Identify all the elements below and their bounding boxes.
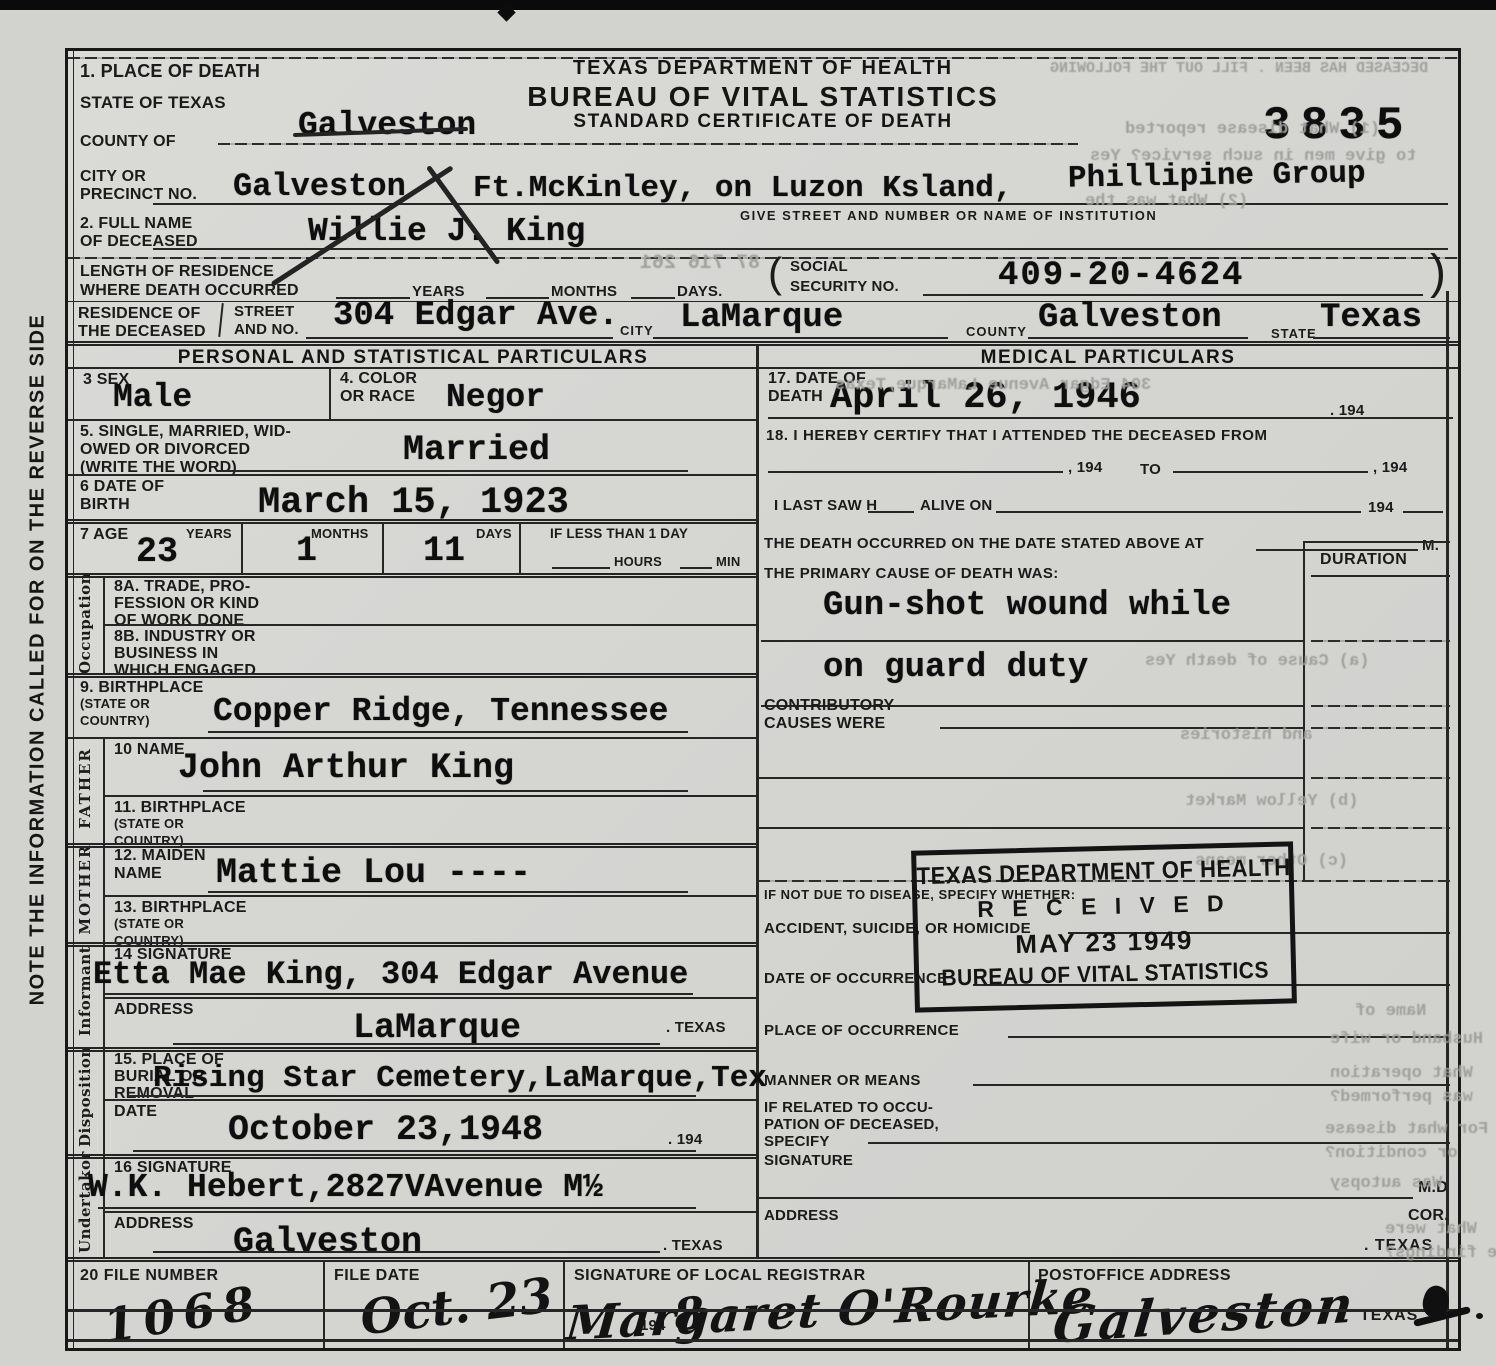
ink-dot [1476, 1313, 1483, 1319]
dob-value: March 15, 1923 [258, 485, 569, 522]
cause-of-death-line2: on guard duty [823, 651, 1088, 685]
birthplace-value: Copper Ridge, Tennessee [213, 695, 668, 728]
informant-side-label: Informant [76, 941, 94, 1041]
place-occurrence-label: PLACE OF OCCURRENCE [764, 1022, 959, 1039]
reverse-side-note: NOTE THE INFORMATION CALLED FOR ON THE R… [27, 210, 50, 1110]
cell-divider [382, 523, 384, 573]
length-residence-label: WHERE DEATH OCCURRED [80, 282, 299, 300]
blank-line [996, 511, 1361, 513]
section-title-line [758, 367, 1458, 369]
ssn-label: SECURITY NO. [790, 278, 899, 295]
street-label: STREET [234, 303, 294, 320]
county-label: COUNTY OF [80, 133, 176, 151]
coroner-label: COR. [1408, 1207, 1449, 1225]
age-months-value: 1 [296, 534, 317, 569]
year-stub: , 194 [1068, 459, 1102, 476]
row-divider [68, 673, 758, 678]
informant-signature-value: Etta Mae King, 304 Edgar Avenue [93, 959, 688, 991]
scan-top-edge [0, 0, 1496, 10]
full-name-line [153, 248, 1448, 250]
trade-label: FESSION OR KIND [114, 595, 259, 613]
duration-label: DURATION [1320, 551, 1407, 569]
dob-label: 6 DATE OF [80, 478, 164, 496]
duration-column-line [1303, 541, 1305, 881]
maiden-line [208, 891, 688, 893]
personal-section-title: PERSONAL AND STATISTICAL PARTICULARS [68, 347, 758, 369]
color-race-label: 4. COLOR [340, 370, 417, 388]
row-divider [103, 624, 758, 626]
duration-cell-line [1311, 727, 1450, 729]
dob-label: BIRTH [80, 496, 130, 514]
trade-label: 8A. TRADE, PRO- [114, 578, 250, 596]
certificate-number: 3835 [1263, 103, 1413, 149]
county-line [1028, 337, 1248, 339]
row-divider [103, 1099, 758, 1101]
blank-line [973, 1084, 1450, 1086]
undertaker-address-label: ADDRESS [114, 1215, 194, 1233]
manner-means-label: MANNER OR MEANS [764, 1072, 921, 1089]
header-bottom-divider [68, 341, 1458, 346]
brace-mark [218, 303, 224, 337]
age-days-value: 11 [423, 534, 465, 569]
undertaker-address-value: Galveston [233, 1225, 422, 1260]
death-date-line [768, 417, 1453, 419]
min-line [680, 567, 712, 569]
burial-line [128, 1095, 696, 1097]
place-of-death-label: 1. PLACE OF DEATH [80, 61, 260, 82]
min-label: MIN [716, 555, 740, 570]
color-race-value: Negor [446, 381, 545, 414]
less-than-day-label: IF LESS THAN 1 DAY [550, 526, 688, 542]
row-divider [103, 997, 758, 999]
ssn-label: SOCIAL [790, 258, 848, 275]
signature-baseline [68, 1309, 1458, 1312]
undertaker-signature-value: W.K. Hebert,2827VAvenue M½ [88, 1171, 603, 1204]
ssn-value: 409-20-4624 [998, 259, 1244, 293]
date-of-death-value: April 26, 1946 [830, 380, 1141, 417]
father-name-line [203, 790, 688, 792]
days-label: DAYS. [677, 283, 722, 300]
paren-open: ( [768, 249, 782, 297]
certificate-title: STANDARD CERTIFICATE OF DEATH [418, 111, 1108, 133]
birthplace-label: (STATE OR [80, 697, 150, 712]
cell-divider [241, 523, 243, 573]
duration-cell-line [1311, 827, 1450, 829]
contributory-label: CONTRIBUTORY [764, 697, 894, 715]
residence-state-value: Texas [1320, 301, 1422, 335]
bureau-title: BUREAU OF VITAL STATISTICS [418, 81, 1108, 113]
residence-city-value: LaMarque [680, 301, 843, 335]
maiden-name-value: Mattie Lou ---- [216, 856, 531, 891]
city-small-label: CITY [620, 324, 654, 339]
state-line [1313, 337, 1450, 339]
blank-line [631, 297, 675, 299]
cause-of-death-line1: Gun-shot wound while [823, 589, 1231, 623]
cause-line [761, 640, 1303, 642]
occupation-side-label: Occupation [76, 574, 94, 674]
alive-on-label: ALIVE ON [920, 497, 992, 514]
city-precinct-label: PRECINCT NO. [80, 186, 197, 204]
father-name-label: 10 NAME [114, 741, 185, 759]
column-divider [756, 346, 759, 1259]
father-birthplace-label: 11. BIRTHPLACE [114, 799, 246, 817]
ssn-line [923, 294, 1423, 296]
age-years-value: 23 [136, 535, 178, 570]
duration-underline [1311, 575, 1450, 577]
bottom-section-divider [68, 1257, 1458, 1262]
county-small-label: COUNTY [966, 325, 1027, 340]
signature-line [98, 1207, 696, 1209]
street-label: AND NO. [234, 321, 299, 338]
state-of-texas-label: STATE OF TEXAS [80, 93, 226, 113]
birthplace-label: 9. BIRTHPLACE [80, 679, 204, 697]
stamp-date-text: MAY 23 1949 [918, 922, 1291, 962]
signature-line [103, 993, 693, 995]
row-divider [68, 737, 758, 739]
place-of-death-value-2: Phillipine Group [1068, 158, 1366, 194]
section-title-line [68, 367, 758, 369]
birthplace-label: COUNTRY) [80, 714, 150, 729]
blank-rule [758, 827, 1303, 829]
death-occurred-label: THE DEATH OCCURRED ON THE DATE STATED AB… [764, 535, 1204, 552]
row-divider [103, 895, 758, 897]
related-occupation-label: PATION OF DECEASED, [764, 1116, 939, 1133]
death-certificate-scan: NOTE THE INFORMATION CALLED FOR ON THE R… [0, 0, 1496, 1366]
residence-county-value: Galveston [1038, 301, 1222, 335]
marital-label: 5. SINGLE, MARRIED, WID- [80, 423, 291, 441]
department-title: TEXAS DEPARTMENT OF HEALTH [418, 57, 1108, 80]
duration-cell-line [1311, 640, 1450, 642]
row-divider [68, 419, 758, 421]
stamp-received-text: R E C E I V E D [917, 888, 1290, 924]
age-years-label: YEARS [186, 527, 232, 542]
primary-cause-label: THE PRIMARY CAUSE OF DEATH WAS: [764, 565, 1059, 582]
county-value: Galveston [298, 109, 476, 142]
row-divider [103, 795, 758, 797]
age-label: 7 AGE [80, 526, 128, 544]
related-occupation-label: SPECIFY [764, 1133, 830, 1150]
color-race-label: OR RACE [340, 388, 415, 406]
informant-address-value: LaMarque [353, 1011, 521, 1046]
row-divider [103, 1211, 758, 1213]
residence-label: THE DECEASED [78, 323, 206, 341]
bottom-inner-border [68, 1339, 1458, 1342]
blank-rule [758, 777, 1303, 779]
disposition-side-label: Disposition [76, 1047, 94, 1147]
mother-side-label: MOTHER [76, 839, 94, 939]
related-occupation-label: IF RELATED TO OCCU- [764, 1099, 933, 1116]
contributory-label: CAUSES WERE [764, 715, 885, 733]
stamp-agency-text: TEXAS DEPARTMENT OF HEALTH [916, 853, 1289, 891]
state-small-label: STATE [1271, 327, 1317, 342]
maiden-name-label: NAME [114, 865, 162, 883]
section-divider [68, 257, 1458, 259]
blank-line [868, 511, 914, 513]
institution-note: GIVE STREET AND NUMBER OR NAME OF INSTIT… [740, 209, 1157, 224]
address-line [173, 1043, 660, 1045]
residence-label: RESIDENCE OF [78, 305, 200, 323]
md-label: M.D [1418, 1179, 1448, 1197]
burial-place-value: Rising Star Cemetery,LaMarque,Tex [153, 1063, 767, 1094]
industry-label: BUSINESS IN [114, 645, 218, 663]
meridiem-stub: M. [1422, 537, 1439, 554]
mother-birthplace-label: 13. BIRTHPLACE [114, 899, 247, 917]
county-line [218, 143, 1078, 145]
burial-date-label: DATE [114, 1103, 157, 1121]
cell-divider [329, 367, 331, 419]
year-stub: , 194 [1373, 459, 1407, 476]
date-of-death-label: DEATH [768, 388, 823, 406]
last-saw-label: I LAST SAW H [774, 497, 877, 514]
place-of-death-value: Ft.McKinley, on Luzon Ksland, [473, 173, 1013, 204]
city-precinct-label: CITY OR [80, 168, 146, 186]
father-side-label: FATHER [76, 738, 94, 838]
full-name-label: 2. FULL NAME [80, 215, 192, 233]
contributory-line [940, 727, 1303, 729]
informant-address-state: . TEXAS [666, 1019, 726, 1036]
undertaker-address-state: . TEXAS [663, 1237, 723, 1254]
to-label: TO [1140, 461, 1161, 478]
duration-box-top [1303, 541, 1450, 543]
birthplace-line [208, 731, 688, 733]
blank-line [768, 471, 1063, 473]
stamp-bureau-text: BUREAU OF VITAL STATISTICS [919, 957, 1292, 992]
paren-close: ) [1430, 245, 1446, 300]
length-residence-label: LENGTH OF RESIDENCE [80, 263, 274, 281]
duration-cell-line [1311, 777, 1450, 779]
mother-birthplace-label: (STATE OR [114, 917, 184, 932]
received-stamp: TEXAS DEPARTMENT OF HEALTH R E C E I V E… [911, 841, 1297, 1012]
medical-section-title: MEDICAL PARTICULARS [758, 347, 1458, 369]
cell-divider [519, 523, 521, 573]
texas-label: . TEXAS [1364, 1237, 1433, 1255]
age-days-label: DAYS [476, 527, 512, 542]
maiden-name-label: 12. MAIDEN [114, 847, 206, 865]
burial-date-value: October 23,1948 [228, 1113, 543, 1148]
file-date-label: FILE DATE [334, 1267, 420, 1285]
year-stub: 194 [1368, 499, 1394, 516]
blank-line [1403, 511, 1443, 513]
marital-value: Married [403, 433, 550, 468]
hours-label: HOURS [614, 555, 662, 570]
row-divider [68, 519, 758, 524]
address-line [153, 1251, 660, 1253]
signature-line [758, 1197, 1413, 1199]
city-line [153, 203, 1448, 205]
cell-divider [323, 1262, 325, 1348]
city-line [653, 337, 948, 339]
sex-value: Male [113, 381, 192, 414]
industry-label: 8B. INDUSTRY OR [114, 628, 256, 646]
date-line [133, 1150, 696, 1152]
postoffice-address-label: POSTOFFICE ADDRESS [1038, 1267, 1231, 1285]
blank-line [1008, 1036, 1450, 1038]
father-birthplace-label: (STATE OR [114, 817, 184, 832]
postoffice-address-value: Galveston [1050, 1274, 1358, 1355]
file-number-label: 20 FILE NUMBER [80, 1267, 219, 1285]
hours-line [552, 567, 610, 569]
street-line [306, 337, 613, 339]
attended-certify-text: 18. I HEREBY CERTIFY THAT I ATTENDED THE… [766, 427, 1268, 444]
physician-address-label: ADDRESS [764, 1207, 839, 1224]
duration-cell-line [1311, 705, 1450, 707]
city-value: Galveston [233, 171, 406, 203]
street-value: 304 Edgar Ave. [333, 299, 619, 333]
blank-line [1173, 471, 1368, 473]
physician-signature-label: SIGNATURE [764, 1152, 853, 1169]
marital-label: OWED OR DIVORCED [80, 441, 250, 459]
certificate-sheet: 1. PLACE OF DEATH STATE OF TEXAS TEXAS D… [65, 48, 1461, 1351]
marital-line [218, 470, 688, 472]
father-name-value: John Arthur King [178, 751, 514, 786]
row-divider [68, 474, 758, 476]
blank-line [868, 1142, 1450, 1144]
informant-address-label: ADDRESS [114, 1001, 194, 1019]
burial-date-year-stub: . 194 [668, 1131, 702, 1148]
age-months-label: MONTHS [311, 527, 369, 542]
